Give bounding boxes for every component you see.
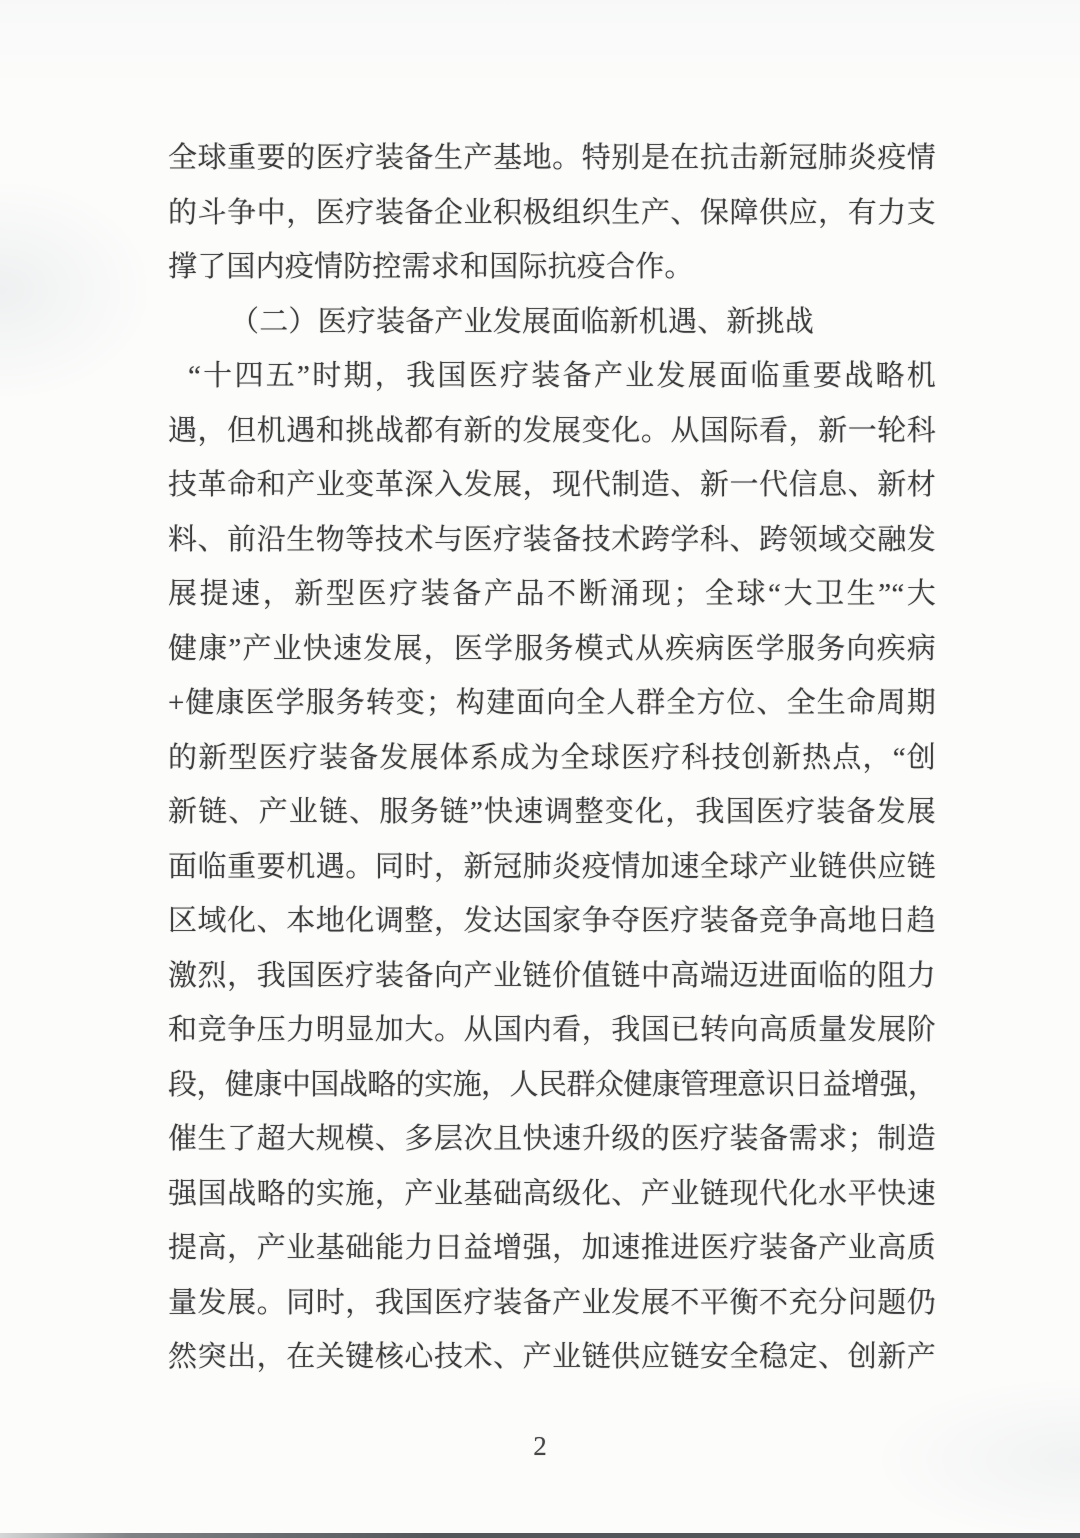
text-line: 遇，但机遇和挑战都有新的发展变化。从国际看，新一轮科 <box>168 404 936 459</box>
text-line: 料、前沿生物等技术与医疗装备技术跨学科、跨领域交融发 <box>168 513 936 568</box>
text-line: 催生了超大规模、多层次且快速升级的医疗装备需求；制造 <box>168 1112 936 1167</box>
text-line: 面临重要机遇。同时，新冠肺炎疫情加速全球产业链供应链 <box>168 840 936 895</box>
page-footer: 2 <box>0 1428 1080 1464</box>
text-line: 段，健康中国战略的实施，人民群众健康管理意识日益增强， <box>168 1058 936 1113</box>
text-line: 提高，产业基础能力日益增强，加速推进医疗装备产业高质 <box>168 1221 936 1276</box>
text-line: 激烈，我国医疗装备向产业链价值链中高端迈进面临的阻力 <box>168 949 936 1004</box>
text-line: 新链、产业链、服务链”快速调整变化，我国医疗装备发展 <box>168 785 936 840</box>
text-line: 健康”产业快速发展，医学服务模式从疾病医学服务向疾病 <box>168 622 936 677</box>
text-line: 和竞争压力明显加大。从国内看，我国已转向高质量发展阶 <box>168 1003 936 1058</box>
text-line: 的新型医疗装备发展体系成为全球医疗科技创新热点，“创 <box>168 731 936 786</box>
text-line: 然突出，在关键核心技术、产业链供应链安全稳定、创新产 <box>168 1330 936 1385</box>
text-line: 的斗争中，医疗装备企业积极组织生产、保障供应，有力支 <box>168 186 936 241</box>
scanned-document-page: 全球重要的医疗装备生产基地。特别是在抗击新冠肺炎疫情 的斗争中，医疗装备企业积极… <box>0 0 1080 1538</box>
text-line: 技革命和产业变革深入发展，现代制造、新一代信息、新材 <box>168 458 936 513</box>
text-line: 区域化、本地化调整，发达国家争夺医疗装备竞争高地日趋 <box>168 894 936 949</box>
section-heading: （二）医疗装备产业发展面临新机遇、新挑战 <box>168 295 936 350</box>
text-line: +健康医学服务转变；构建面向全人群全方位、全生命周期 <box>168 676 936 731</box>
text-line: 全球重要的医疗装备生产基地。特别是在抗击新冠肺炎疫情 <box>168 131 936 186</box>
scan-edge-artifact <box>0 1533 1080 1538</box>
text-line: 强国战略的实施，产业基础高级化、产业链现代化水平快速 <box>168 1167 936 1222</box>
text-line: 量发展。同时，我国医疗装备产业发展不平衡不充分问题仍 <box>168 1276 936 1331</box>
document-body: 全球重要的医疗装备生产基地。特别是在抗击新冠肺炎疫情 的斗争中，医疗装备企业积极… <box>168 131 936 1385</box>
text-line: 展提速，新型医疗装备产品不断涌现；全球“大卫生”“大 <box>168 567 936 622</box>
page-number: 2 <box>533 1431 547 1461</box>
text-line: “十四五”时期，我国医疗装备产业发展面临重要战略机 <box>168 349 936 404</box>
text-line: 撑了国内疫情防控需求和国际抗疫合作。 <box>168 240 936 295</box>
